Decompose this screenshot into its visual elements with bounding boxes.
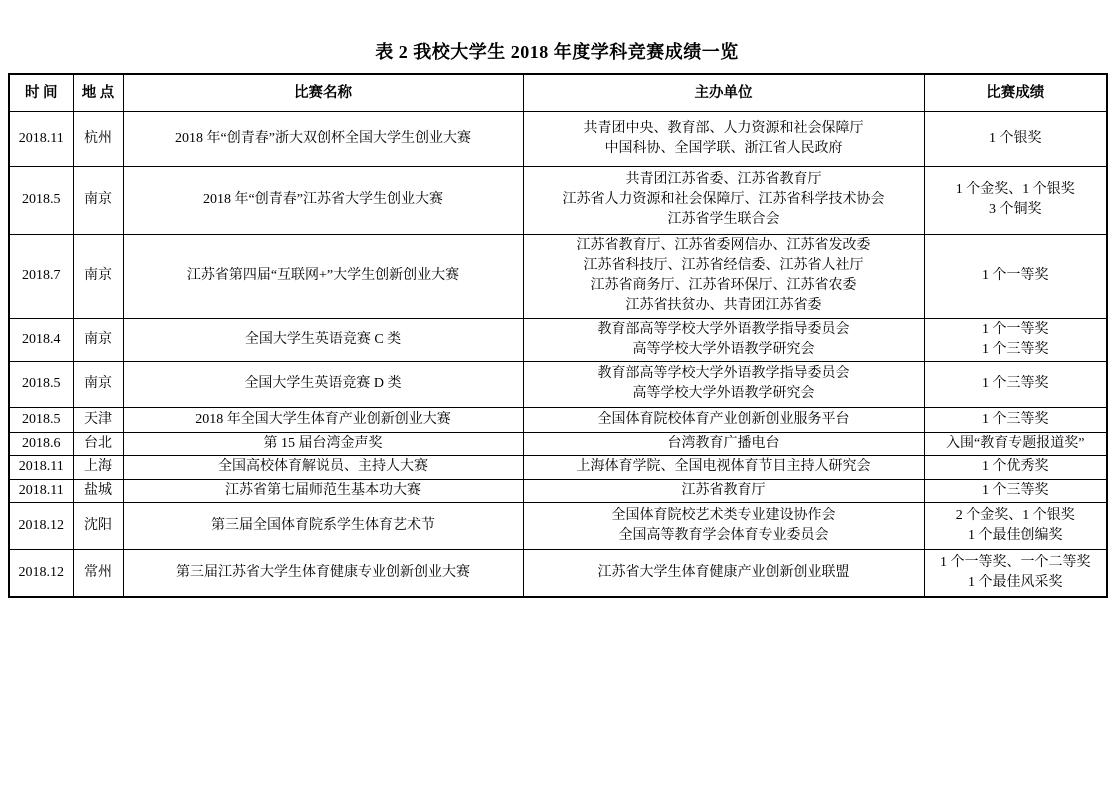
col-header-time: 时 间 [9, 74, 73, 111]
cell-result: 入围“教育专题报道奖” [924, 432, 1107, 455]
cell-organizer: 上海体育学院、全国电视体育节目主持人研究会 [523, 455, 924, 479]
cell-time: 2018.4 [9, 318, 73, 361]
table-title: 表 2 我校大学生 2018 年度学科竞赛成绩一览 [0, 0, 1114, 73]
cell-name: 江苏省第四届“互联网+”大学生创新创业大赛 [123, 234, 523, 318]
cell-name: 2018 年“创青春”浙大双创杯全国大学生创业大赛 [123, 111, 523, 166]
cell-name: 全国高校体育解说员、主持人大赛 [123, 455, 523, 479]
cell-name: 2018 年“创青春”江苏省大学生创业大赛 [123, 166, 523, 234]
table-row: 2018.4 南京 全国大学生英语竞赛 C 类 教育部高等学校大学外语教学指导委… [9, 318, 1107, 361]
cell-name: 第三届全国体育院系学生体育艺术节 [123, 502, 523, 549]
cell-place: 杭州 [73, 111, 123, 166]
cell-time: 2018.11 [9, 479, 73, 502]
cell-organizer: 全国体育院校体育产业创新创业服务平台 [523, 407, 924, 432]
table-row: 2018.7 南京 江苏省第四届“互联网+”大学生创新创业大赛 江苏省教育厅、江… [9, 234, 1107, 318]
cell-organizer: 江苏省教育厅 [523, 479, 924, 502]
cell-place: 盐城 [73, 479, 123, 502]
cell-place: 上海 [73, 455, 123, 479]
cell-result: 1 个银奖 [924, 111, 1107, 166]
cell-name: 2018 年全国大学生体育产业创新创业大赛 [123, 407, 523, 432]
cell-name: 第 15 届台湾金声奖 [123, 432, 523, 455]
competition-results-table: 时 间 地 点 比赛名称 主办单位 比赛成绩 2018.11 杭州 2018 年… [8, 73, 1108, 598]
cell-organizer: 江苏省大学生体育健康产业创新创业联盟 [523, 549, 924, 597]
cell-place: 沈阳 [73, 502, 123, 549]
cell-place: 南京 [73, 361, 123, 407]
cell-name: 全国大学生英语竞赛 D 类 [123, 361, 523, 407]
table-row: 2018.5 天津 2018 年全国大学生体育产业创新创业大赛 全国体育院校体育… [9, 407, 1107, 432]
table-header-row: 时 间 地 点 比赛名称 主办单位 比赛成绩 [9, 74, 1107, 111]
cell-place: 南京 [73, 166, 123, 234]
cell-time: 2018.5 [9, 407, 73, 432]
table-row: 2018.11 盐城 江苏省第七届师范生基本功大赛 江苏省教育厅 1 个三等奖 [9, 479, 1107, 502]
cell-name: 江苏省第七届师范生基本功大赛 [123, 479, 523, 502]
cell-name: 全国大学生英语竞赛 C 类 [123, 318, 523, 361]
cell-result: 1 个一等奖、一个二等奖 1 个最佳风采奖 [924, 549, 1107, 597]
cell-place: 天津 [73, 407, 123, 432]
cell-time: 2018.12 [9, 502, 73, 549]
cell-time: 2018.7 [9, 234, 73, 318]
table-row: 2018.5 南京 全国大学生英语竞赛 D 类 教育部高等学校大学外语教学指导委… [9, 361, 1107, 407]
table-row: 2018.12 常州 第三届江苏省大学生体育健康专业创新创业大赛 江苏省大学生体… [9, 549, 1107, 597]
cell-time: 2018.5 [9, 361, 73, 407]
col-header-place: 地 点 [73, 74, 123, 111]
cell-organizer: 江苏省教育厅、江苏省委网信办、江苏省发改委 江苏省科技厅、江苏省经信委、江苏省人… [523, 234, 924, 318]
cell-result: 1 个金奖、1 个银奖 3 个铜奖 [924, 166, 1107, 234]
cell-organizer: 教育部高等学校大学外语教学指导委员会 高等学校大学外语教学研究会 [523, 318, 924, 361]
col-header-organizer: 主办单位 [523, 74, 924, 111]
cell-time: 2018.6 [9, 432, 73, 455]
table-row: 2018.11 杭州 2018 年“创青春”浙大双创杯全国大学生创业大赛 共青团… [9, 111, 1107, 166]
col-header-result: 比赛成绩 [924, 74, 1107, 111]
cell-time: 2018.5 [9, 166, 73, 234]
cell-time: 2018.11 [9, 111, 73, 166]
col-header-name: 比赛名称 [123, 74, 523, 111]
cell-organizer: 共青团中央、教育部、人力资源和社会保障厅 中国科协、全国学联、浙江省人民政府 [523, 111, 924, 166]
cell-organizer: 台湾教育广播电台 [523, 432, 924, 455]
cell-result: 1 个三等奖 [924, 479, 1107, 502]
cell-result: 1 个一等奖 [924, 234, 1107, 318]
cell-time: 2018.11 [9, 455, 73, 479]
cell-organizer: 全国体育院校艺术类专业建设协作会 全国高等教育学会体育专业委员会 [523, 502, 924, 549]
cell-result: 1 个优秀奖 [924, 455, 1107, 479]
table-row: 2018.11 上海 全国高校体育解说员、主持人大赛 上海体育学院、全国电视体育… [9, 455, 1107, 479]
cell-result: 1 个三等奖 [924, 407, 1107, 432]
cell-organizer: 共青团江苏省委、江苏省教育厅 江苏省人力资源和社会保障厅、江苏省科学技术协会 江… [523, 166, 924, 234]
cell-time: 2018.12 [9, 549, 73, 597]
cell-name: 第三届江苏省大学生体育健康专业创新创业大赛 [123, 549, 523, 597]
cell-place: 台北 [73, 432, 123, 455]
table-row: 2018.6 台北 第 15 届台湾金声奖 台湾教育广播电台 入围“教育专题报道… [9, 432, 1107, 455]
cell-place: 常州 [73, 549, 123, 597]
cell-place: 南京 [73, 234, 123, 318]
document-page: 表 2 我校大学生 2018 年度学科竞赛成绩一览 时 间 地 点 比赛名称 主… [0, 0, 1114, 788]
table-row: 2018.12 沈阳 第三届全国体育院系学生体育艺术节 全国体育院校艺术类专业建… [9, 502, 1107, 549]
cell-place: 南京 [73, 318, 123, 361]
cell-result: 1 个一等奖 1 个三等奖 [924, 318, 1107, 361]
cell-result: 1 个三等奖 [924, 361, 1107, 407]
table-row: 2018.5 南京 2018 年“创青春”江苏省大学生创业大赛 共青团江苏省委、… [9, 166, 1107, 234]
cell-result: 2 个金奖、1 个银奖 1 个最佳创编奖 [924, 502, 1107, 549]
cell-organizer: 教育部高等学校大学外语教学指导委员会 高等学校大学外语教学研究会 [523, 361, 924, 407]
